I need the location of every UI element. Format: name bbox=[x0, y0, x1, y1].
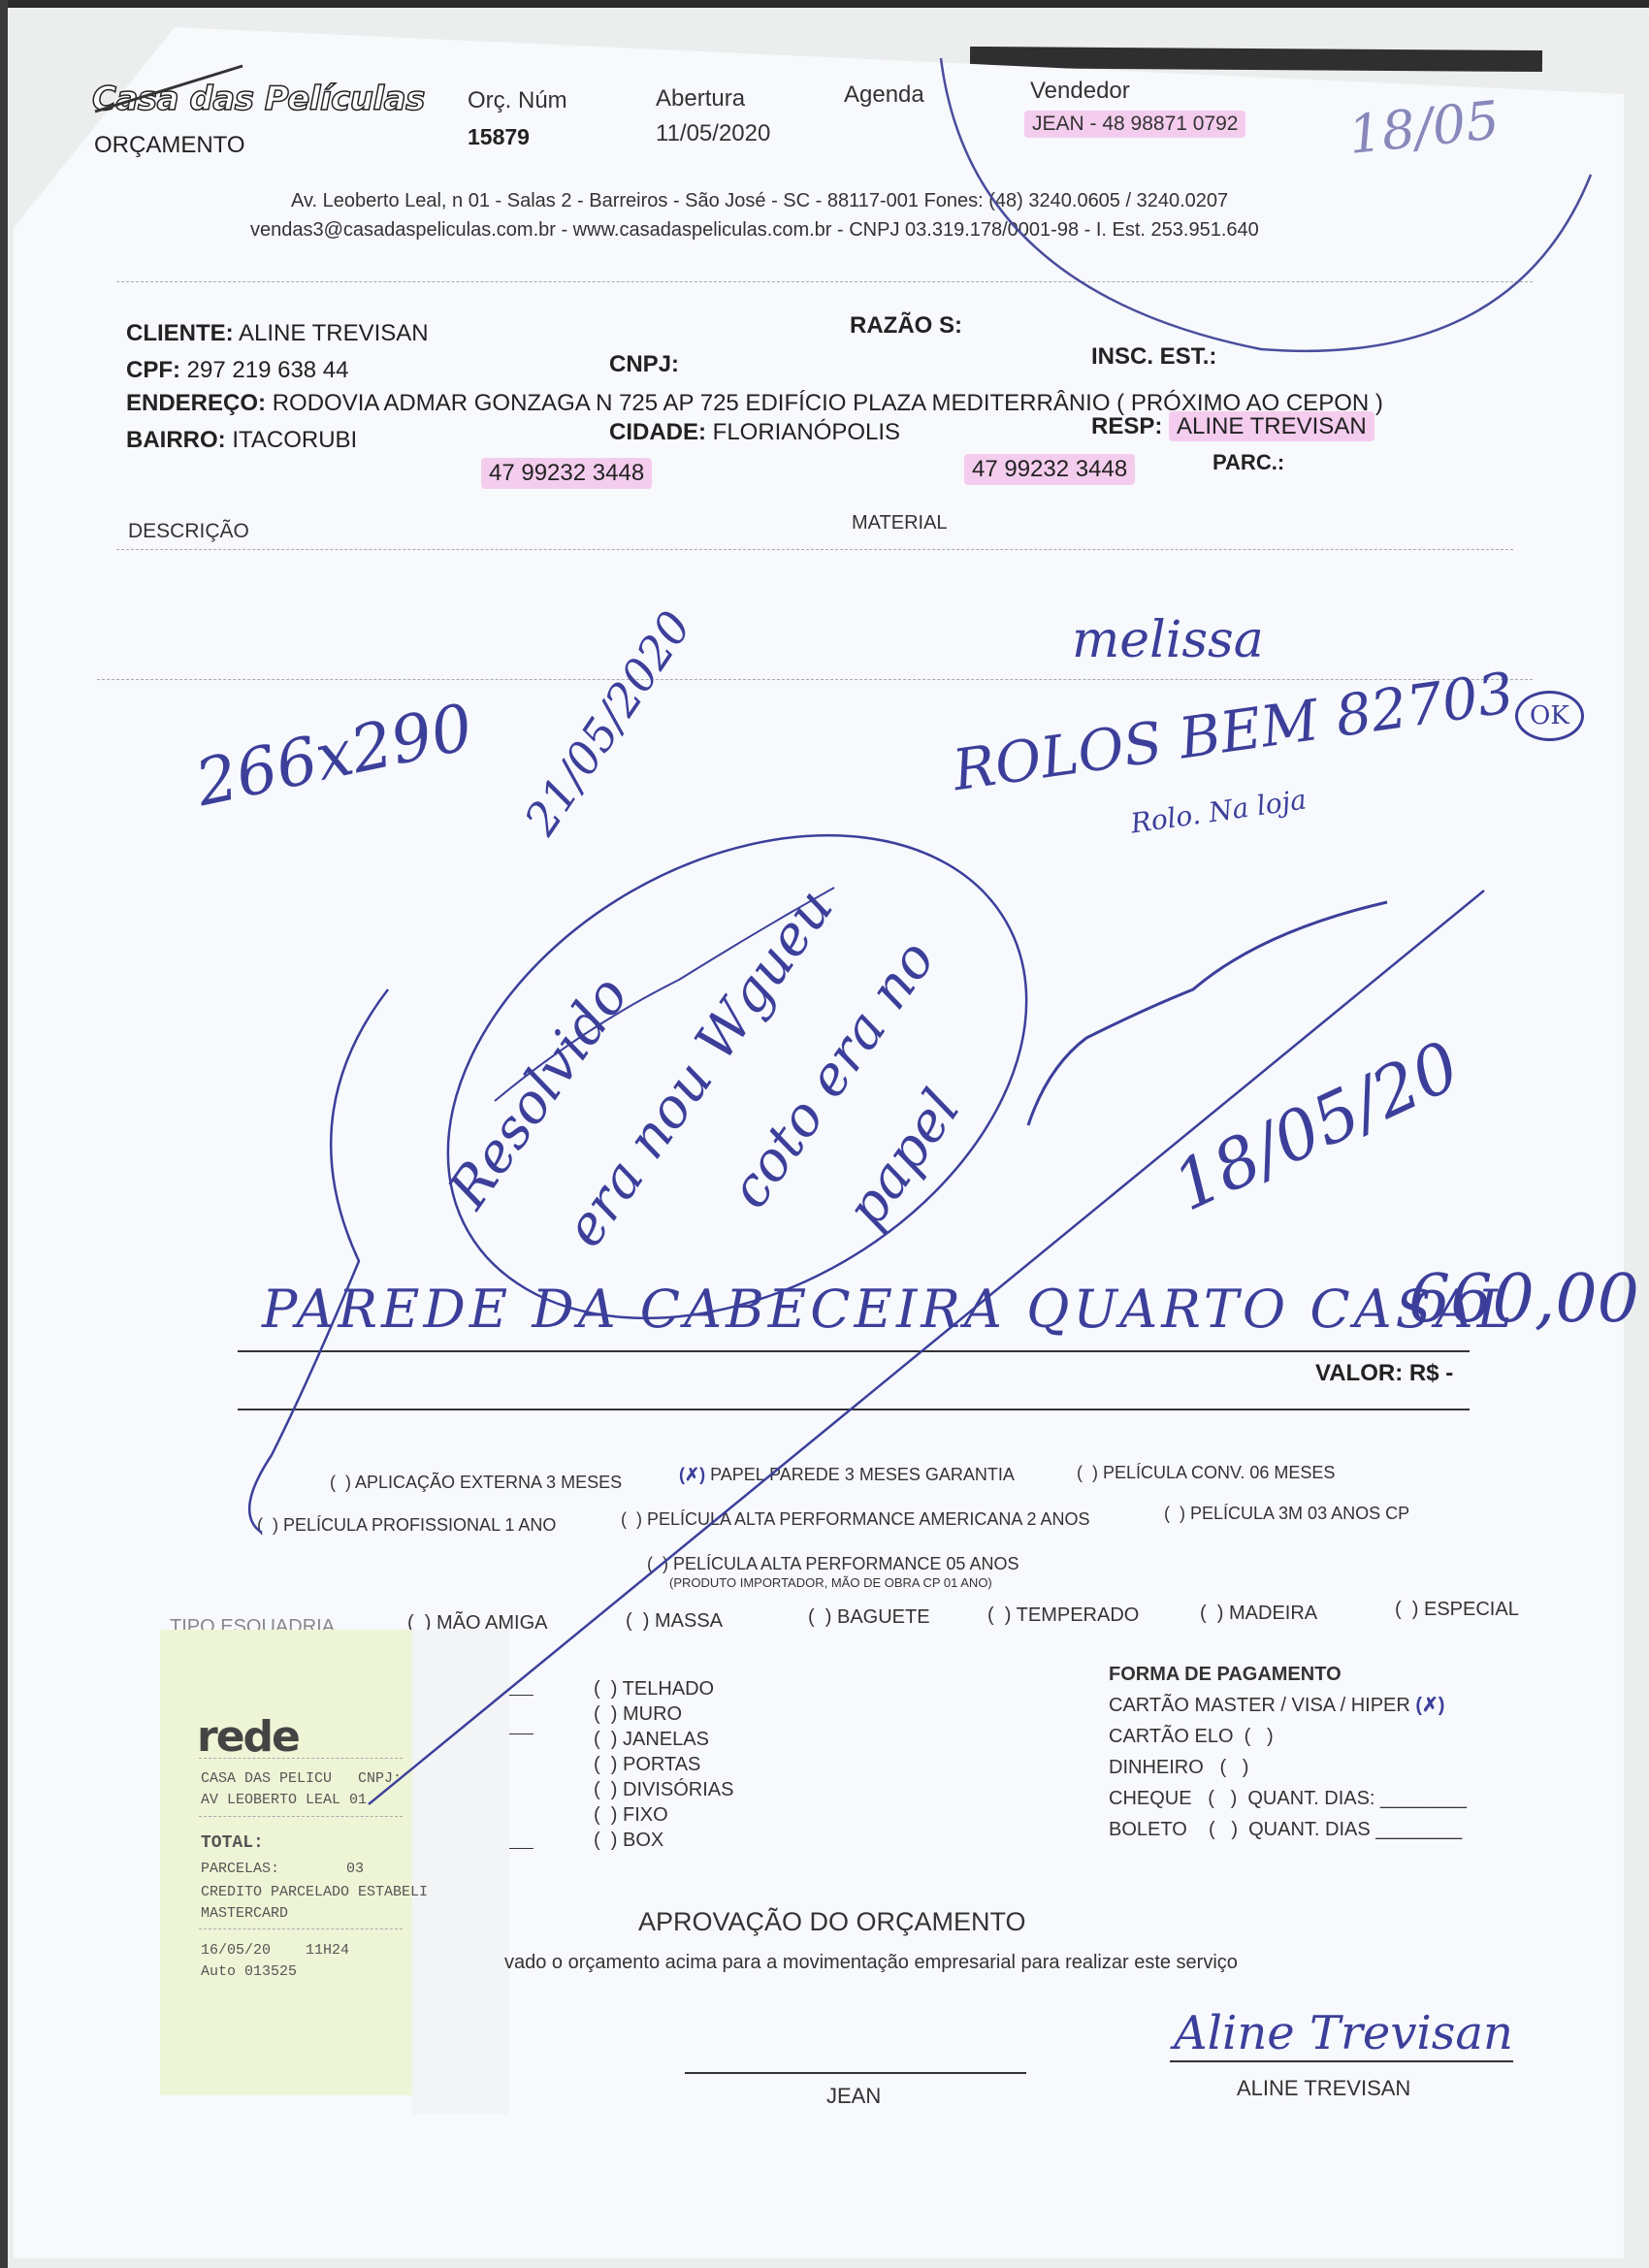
ink-cross-line bbox=[369, 891, 1484, 1804]
ink-circle bbox=[362, 736, 1113, 1416]
ink-loop-left bbox=[249, 989, 388, 1533]
ink-arc-top bbox=[941, 58, 1591, 351]
ink-circle-stroke bbox=[495, 888, 834, 1101]
ink-logo-slash bbox=[95, 66, 242, 112]
pen-strokes bbox=[0, 0, 1649, 2268]
